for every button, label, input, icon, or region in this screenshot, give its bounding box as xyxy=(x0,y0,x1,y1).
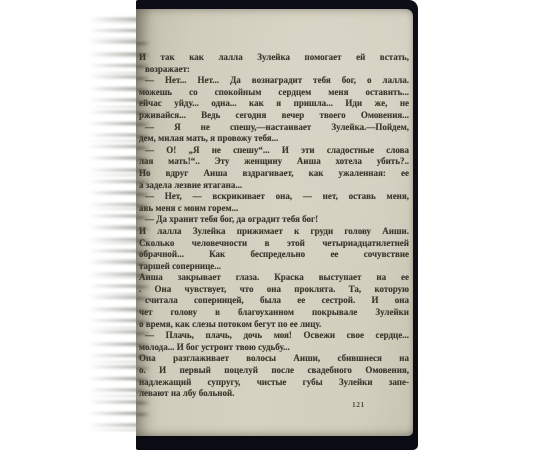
text-line: авь меня с моим горем... xyxy=(139,203,409,215)
text-line: молода... И бог устроит твою судьбу... xyxy=(139,342,409,354)
text-line: — О! „Я не спешу“... И эти сладостные сл… xyxy=(139,145,409,157)
page-text-block: И так как лалла Зулейка помогает ей вста… xyxy=(139,52,409,400)
text-line: — Нет, — вскрикивает она, — нет, оставь … xyxy=(139,191,409,203)
text-line: И так как лалла Зулейка помогает ей вста… xyxy=(139,52,409,64)
text-line: Но вдруг Аиша вздрагивает, как ужаленная… xyxy=(139,168,409,180)
text-line: Аиша закрывает глаза. Краска выступает н… xyxy=(139,272,409,284)
text-line: Сколько человечности в этой четырнадцати… xyxy=(139,238,409,250)
text-line: И лалла Зулейка прижимает к груди голову… xyxy=(139,226,409,238)
text-line: — Нет... Нет... Да вознаградит тебя бог,… xyxy=(139,75,409,87)
text-line: считала соперницей, была ее сестрой. И о… xyxy=(139,295,409,307)
text-line: таршей сопернице... xyxy=(139,261,409,273)
page-number: 121 xyxy=(352,400,365,409)
book-page: И так как лалла Зулейка помогает ей вста… xyxy=(136,9,413,436)
text-line: а задела лезвие ятагана... xyxy=(139,180,409,192)
text-line: ейчас уйду... одна... как я пришла... Ид… xyxy=(139,98,409,110)
text-line: — Я не спешу,—настаивает Зулейка.—Пойдем… xyxy=(139,122,409,134)
text-line: Она разглаживает волосы Аиши, сбившиеся … xyxy=(139,353,409,365)
left-page-edge-blur xyxy=(88,14,138,432)
text-line: рживайся... Ведь сегодня вечер твоего Ом… xyxy=(139,110,409,122)
text-line: левают на лбу больной. xyxy=(139,388,409,400)
book-photo: И так как лалла Зулейка помогает ей вста… xyxy=(0,0,550,450)
text-line: — Плачь, плачь, дочь моя! Освежи свое се… xyxy=(139,330,409,342)
text-line: — Да хранит тебя бог, да оградит тебя бо… xyxy=(139,214,409,226)
text-line: возражает: xyxy=(139,64,409,76)
text-line: дем, милая мать, я провожу тебя... xyxy=(139,133,409,145)
text-line: чет голову в благоуханном покрывале Зуле… xyxy=(139,307,409,319)
text-line: лая мать!“.. Эту женщину Аиша хотела уби… xyxy=(139,156,409,168)
text-line: . Она чувствует, что она проклята. Та, к… xyxy=(139,284,409,296)
text-line: обрачной... Как беспредельно ее сочувств… xyxy=(139,249,409,261)
text-line: надлежащий супругу, чистые губы Зулейки … xyxy=(139,377,409,389)
text-line: о. И первый поцелуй после свадебного Омо… xyxy=(139,365,409,377)
text-line: о время, как слезы потоком бегут по ее л… xyxy=(139,319,409,331)
text-line: можешь со спокойным сердцем меня оставит… xyxy=(139,87,409,99)
